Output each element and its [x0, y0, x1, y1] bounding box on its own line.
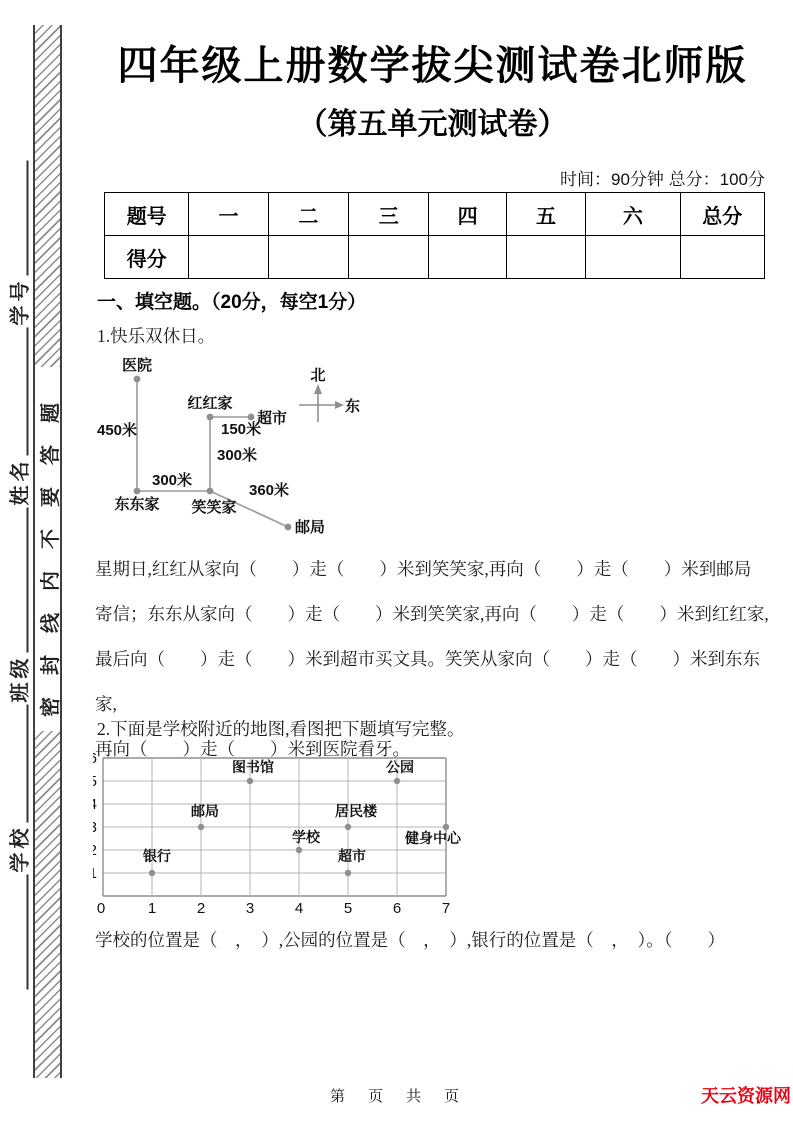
- dong-home-label: 东东家: [114, 495, 159, 513]
- watermark-text: 天云资源网: [701, 1082, 791, 1108]
- student-id-field-label: 学号: [3, 276, 32, 328]
- residential-dot: [345, 824, 351, 830]
- score-cell: [349, 236, 429, 279]
- x-tick: 4: [295, 900, 303, 917]
- y-tick: 4: [93, 796, 97, 813]
- post-office-dot: [198, 824, 204, 830]
- xiao-home-dot: [207, 488, 214, 495]
- name-blank-line: [7, 508, 29, 653]
- distance-150-label: 150米: [221, 421, 261, 438]
- school-label: 学校: [292, 829, 321, 845]
- score-header-cell: 总分: [680, 193, 764, 236]
- post-office-label: 邮局: [191, 803, 219, 819]
- q1-route-diagram: 医院 450米 红红家 150米 超市 300米 300米 东东家 笑笑家 36…: [95, 348, 455, 558]
- x-tick: 6: [393, 900, 401, 917]
- hong-home-label: 红红家: [187, 394, 232, 412]
- score-table: 题号 一 二 三 四 五 六 总分 得分: [104, 192, 765, 279]
- hong-home-dot: [207, 414, 214, 421]
- post-office-dot: [285, 524, 292, 531]
- park-label: 公园: [386, 759, 414, 775]
- class-field-label: 班级: [3, 653, 32, 705]
- q1-line: 最后向（ ）走（ ）米到超市买文具。笑笑从家向（ ）走（ ）米到东东家,: [95, 637, 780, 727]
- compass-north-label: 北: [310, 367, 325, 384]
- school-blank-line: [7, 875, 29, 990]
- distance-300-horizontal-label: 300米: [152, 472, 192, 489]
- paper-subtitle: （第五单元测试卷）: [95, 99, 770, 143]
- score-header-cell: 六: [586, 193, 680, 236]
- score-row-label: 得分: [105, 236, 189, 279]
- seal-hatch-bottom: [35, 731, 60, 1078]
- hospital-label: 医院: [122, 356, 152, 374]
- time-score-meta: 时间：90分钟 总分：100分: [104, 165, 765, 190]
- compass-east-arrowhead: [335, 401, 344, 409]
- y-tick: 5: [93, 773, 97, 790]
- paper-title: 四年级上册数学拔尖测试卷北师版: [95, 34, 770, 91]
- score-cell: [429, 236, 506, 279]
- score-header-cell: 四: [429, 193, 506, 236]
- x-tick: 0: [97, 900, 105, 917]
- distance-450-label: 450米: [97, 422, 137, 439]
- compass-east-label: 东: [345, 397, 360, 415]
- score-header-cell: 题号: [105, 193, 189, 236]
- q2-answer-line: 学校的位置是（ ， ）,公园的位置是（ ， ）,银行的位置是（ ， ）。（ ）: [95, 927, 785, 952]
- bank-dot: [149, 870, 155, 876]
- score-cell: [680, 236, 764, 279]
- hospital-dot: [134, 376, 141, 383]
- fitness-center-label: 健身中心: [404, 830, 462, 846]
- residential-label: 居民楼: [335, 803, 378, 819]
- xiao-home-label: 笑笑家: [191, 498, 236, 516]
- bank-label: 银行: [143, 848, 171, 864]
- q1-line: 星期日,红红从家向（ ）走（ ）米到笑笑家,再向（ ）走（ ）米到邮局: [95, 547, 780, 592]
- y-tick: 1: [93, 865, 97, 882]
- score-table-header-row: 题号 一 二 三 四 五 六 总分: [105, 193, 765, 236]
- exam-paper-page: 学校 班级 姓名 学号 密封线内不要答题 四年级上册数学拔尖测试卷北师版 （第五…: [0, 0, 793, 1122]
- section1-heading: 一、填空题。（20分，每空1分）: [97, 287, 366, 314]
- student-id-blank-line: [7, 328, 29, 456]
- market-dot: [248, 414, 255, 421]
- distance-300-vertical-label: 300米: [217, 447, 257, 464]
- score-table-score-row: 得分: [105, 236, 765, 279]
- score-header-cell: 三: [349, 193, 429, 236]
- compass: 北 东: [299, 367, 360, 422]
- score-header-cell: 一: [189, 193, 268, 236]
- grid-lines: [103, 758, 446, 896]
- y-tick: 3: [93, 819, 97, 836]
- supermarket-dot: [345, 870, 351, 876]
- question1-intro: 1.快乐双休日。: [97, 323, 215, 348]
- y-axis-ticks: 6 5 4 3 2 1: [93, 750, 97, 882]
- dong-home-dot: [134, 488, 141, 495]
- library-dot: [247, 778, 253, 784]
- x-axis-ticks: 0 1 2 3 4 5 6 7: [97, 900, 450, 917]
- score-header-cell: 二: [268, 193, 348, 236]
- map-points: 银行 邮局 图书馆 学校 居民楼 超市 公园 健身中心: [143, 759, 462, 876]
- score-header-cell: 五: [506, 193, 585, 236]
- seal-line-strip: 密封线内不要答题: [33, 25, 62, 1078]
- student-info-fields: 学校 班级 姓名 学号: [7, 161, 29, 990]
- x-tick: 2: [197, 900, 205, 917]
- market-label: 超市: [257, 409, 287, 427]
- score-cell: [268, 236, 348, 279]
- seal-line-text: 密封线内不要答题: [34, 371, 64, 727]
- library-label: 图书馆: [232, 759, 274, 775]
- q1-line: 寄信；东东从家向（ ）走（ ）米到笑笑家,再向（ ）走（ ）米到红红家,: [95, 592, 780, 637]
- x-tick: 3: [246, 900, 254, 917]
- school-dot: [296, 847, 302, 853]
- x-tick: 7: [442, 900, 450, 917]
- compass-north-arrowhead: [314, 384, 322, 394]
- seal-hatch-top: [35, 25, 60, 367]
- score-cell: [189, 236, 268, 279]
- class-blank-line: [7, 705, 29, 823]
- q2-grid-map: 6 5 4 3 2 1 0 1 2 3 4 5 6 7 银行 邮局: [93, 750, 475, 920]
- y-tick: 2: [93, 842, 97, 859]
- supermarket-label: 超市: [338, 848, 366, 864]
- x-tick: 1: [148, 900, 156, 917]
- x-tick: 5: [344, 900, 352, 917]
- park-dot: [394, 778, 400, 784]
- school-field-label: 学校: [3, 823, 32, 875]
- distance-360-label: 360米: [249, 482, 289, 499]
- top-blank-line: [7, 161, 29, 276]
- score-cell: [506, 236, 585, 279]
- name-field-label: 姓名: [3, 456, 32, 508]
- question2-intro: 2.下面是学校附近的地图,看图把下题填写完整。: [97, 716, 465, 741]
- page-number-footer: 第 页 共 页: [0, 1085, 793, 1106]
- y-tick: 6: [93, 750, 97, 767]
- post-office-label: 邮局: [295, 519, 325, 536]
- score-cell: [586, 236, 680, 279]
